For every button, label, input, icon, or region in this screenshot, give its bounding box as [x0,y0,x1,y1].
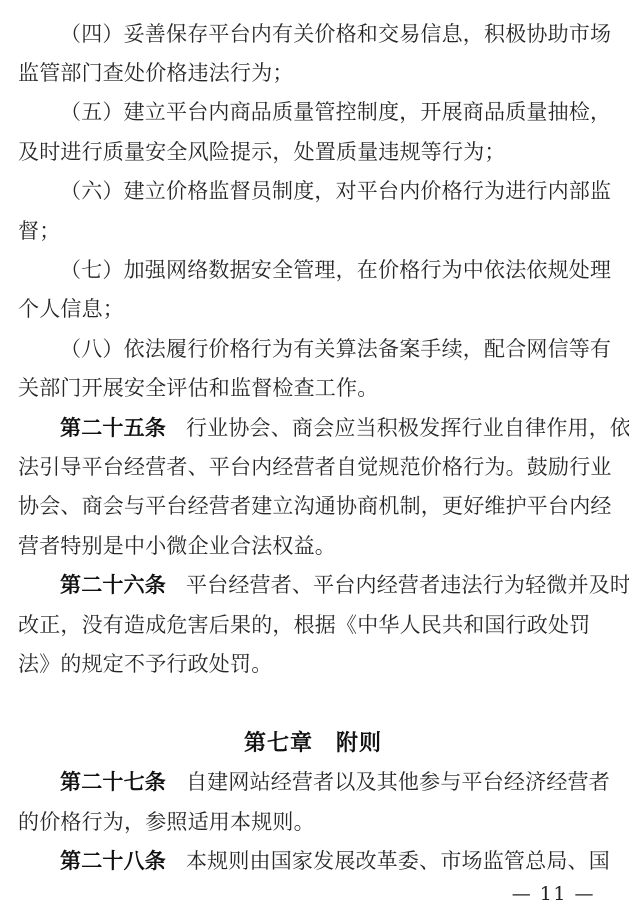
text-line: （八）依法履行价格行为有关算法备案手续，配合网信等有 [18,328,608,367]
blank-line [18,683,608,722]
line-text: 法》的规定不予行政处罚。 [18,648,272,678]
text-line: 法》的规定不予行政处罚。 [18,643,608,682]
line-text: 营者特别是中小微企业合法权益。 [18,530,336,560]
line-text: 监管部门查处价格违法行为； [18,57,294,87]
line-text: 督； [18,215,60,245]
line-text: （八）依法履行价格行为有关算法备案手续，配合网信等有 [60,333,611,363]
document-page: （四）妥善保存平台内有关价格和交易信息，积极协助市场监管部门查处价格违法行为；（… [0,0,629,922]
line-text: 个人信息； [18,293,124,323]
document-lines: （四）妥善保存平台内有关价格和交易信息，积极协助市场监管部门查处价格违法行为；（… [18,13,608,880]
text-line: （六）建立价格监督员制度，对平台内价格行为进行内部监 [18,171,608,210]
line-text: （五）建立平台内商品质量管控制度，开展商品质量抽检， [60,96,611,126]
text-line: 协会、商会与平台经营者建立沟通协商机制，更好维护平台内经 [18,486,608,525]
text-line: 第二十八条本规则由国家发展改革委、市场监管总局、国 [18,840,608,879]
text-line: 第二十五条行业协会、商会应当积极发挥行业自律作用，依 [18,407,608,446]
text-line: 及时进行质量安全风险提示，处置质量违规等行为； [18,131,608,170]
line-text: 行业协会、商会应当积极发挥行业自律作用，依 [186,412,629,442]
page-number: — 11 — [512,883,595,905]
text-line: 个人信息； [18,289,608,328]
line-text: （六）建立价格监督员制度，对平台内价格行为进行内部监 [60,175,611,205]
line-text: （四）妥善保存平台内有关价格和交易信息，积极协助市场 [60,18,611,48]
article-number-label: 第二十七条 [60,766,166,796]
line-text: 平台经营者、平台内经营者违法行为轻微并及时 [186,569,629,599]
line-text: （七）加强网络数据安全管理，在价格行为中依法依规处理 [60,254,611,284]
line-text: 协会、商会与平台经营者建立沟通协商机制，更好维护平台内经 [18,490,612,520]
line-text: 关部门开展安全评估和监督检查工作。 [18,372,378,402]
line-text: 法引导平台经营者、平台内经营者自觉规范价格行为。鼓励行业 [18,451,612,481]
text-line: 改正，没有造成危害后果的，根据《中华人民共和国行政处罚 [18,604,608,643]
text-line: （七）加强网络数据安全管理，在价格行为中依法依规处理 [18,249,608,288]
chapter-heading: 第七章 附则 [18,722,608,761]
text-line: （五）建立平台内商品质量管控制度，开展商品质量抽检， [18,92,608,131]
line-text: 改正，没有造成危害后果的，根据《中华人民共和国行政处罚 [18,609,590,639]
line-text: 本规则由国家发展改革委、市场监管总局、国 [186,845,610,875]
line-text: 的价格行为，参照适用本规则。 [18,806,315,836]
text-line: 监管部门查处价格违法行为； [18,52,608,91]
line-text: 自建网站经营者以及其他参与平台经济经营者 [186,766,610,796]
text-line: 法引导平台经营者、平台内经营者自觉规范价格行为。鼓励行业 [18,446,608,485]
text-line: 营者特别是中小微企业合法权益。 [18,525,608,564]
text-line: 第二十六条平台经营者、平台内经营者违法行为轻微并及时 [18,564,608,603]
text-line: 第二十七条自建网站经营者以及其他参与平台经济经营者 [18,761,608,800]
text-line: 督； [18,210,608,249]
article-number-label: 第二十五条 [60,412,166,442]
text-line: 关部门开展安全评估和监督检查工作。 [18,368,608,407]
article-number-label: 第二十八条 [60,845,166,875]
text-line: 的价格行为，参照适用本规则。 [18,801,608,840]
line-text: 及时进行质量安全风险提示，处置质量违规等行为； [18,136,506,166]
text-line: （四）妥善保存平台内有关价格和交易信息，积极协助市场 [18,13,608,52]
chapter-heading-text: 第七章 附则 [244,726,382,757]
article-number-label: 第二十六条 [60,569,166,599]
